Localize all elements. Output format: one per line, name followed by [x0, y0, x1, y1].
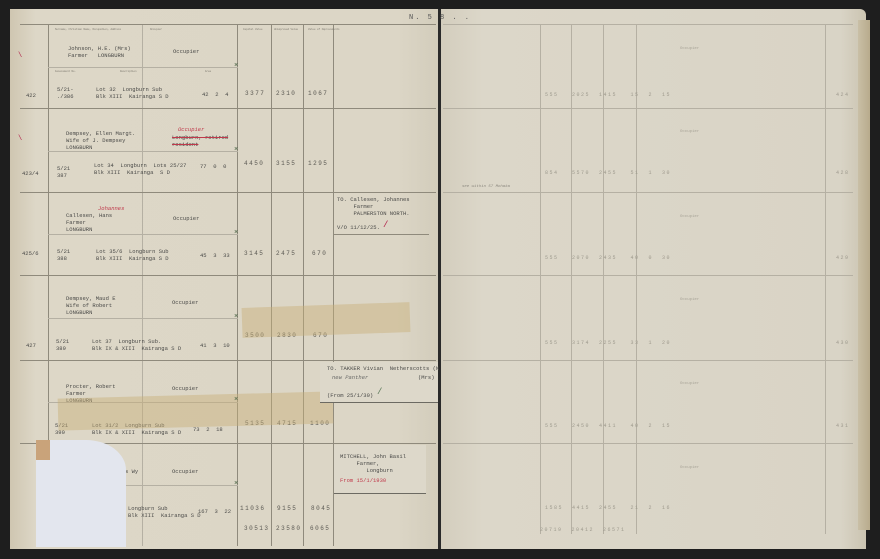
entry-description: Lot 32 Longburn Sub Blk XIII Kairanga S … — [96, 86, 169, 100]
grid-line — [48, 318, 238, 319]
ledger-right-page — [440, 9, 866, 549]
facing-values: 555 2025 1415 15 2 15 — [545, 92, 671, 98]
entry-assessment: 5/21 387 — [57, 165, 70, 179]
transfer-handwritten: new Panther — [332, 374, 368, 381]
transfer-date: V/O 11/12/25. — [337, 224, 380, 231]
transfer-date: From 15/1/1930 — [340, 477, 386, 484]
entry-assessment: 5/21 389 — [56, 338, 69, 352]
facing-ref: 431 — [836, 423, 850, 429]
grid-line — [48, 67, 238, 68]
grid-line — [303, 24, 304, 546]
grid-line — [443, 24, 853, 25]
facing-occupier: Occupier — [680, 215, 699, 219]
grid-line — [443, 192, 853, 193]
facing-ref: 428 — [836, 170, 850, 176]
entry-owner: Callesen, Hans Farmer LONGBURN — [66, 212, 112, 233]
facing-ref: 430 — [836, 340, 850, 346]
total-unimproved: 23580 — [276, 525, 302, 532]
grid-line — [443, 443, 853, 444]
column-header-unimproved: Unimproved Value — [274, 28, 298, 31]
facing-occupier: Occupier — [680, 130, 699, 134]
entry-unimproved: 2310 — [276, 90, 296, 97]
facing-occupier: Occupier — [680, 466, 699, 470]
facing-occupier: Occupier — [680, 47, 699, 51]
checkmark-icon: / — [383, 220, 388, 230]
book-gutter — [438, 9, 441, 549]
entry-ref: 425/6 — [22, 250, 39, 257]
grid-line — [636, 24, 637, 534]
entry-description: Lot 35/6 Longburn Sub Blk XIII Kairanga … — [96, 248, 169, 262]
entry-occupier: Occupier — [172, 468, 198, 475]
entry-improvements: 1295 — [308, 160, 328, 167]
grid-line — [20, 360, 436, 361]
grid-line — [603, 24, 604, 534]
grid-line — [20, 108, 436, 109]
transfer-note: TO. TAKKER Vivian Netherscotts (N — [327, 365, 439, 372]
column-header-improvements: Value of Improvements — [308, 28, 340, 31]
column-header-assessment: Assessment No. — [55, 70, 76, 73]
column-header-occupier: Occupier — [150, 28, 162, 31]
page-edges — [858, 20, 870, 530]
grid-line — [443, 360, 853, 361]
entry-description: Lot 37 Longburn Sub. Blk IX & XIII Kaira… — [92, 338, 181, 352]
entry-description: Lot 34 Longburn Lots 25/27 Blk XIII Kair… — [94, 162, 186, 176]
red-mark-icon: \ — [18, 135, 22, 143]
facing-values: 854 5570 2455 51 1 30 — [545, 170, 671, 176]
transfer-aside: (Mrs) — [418, 374, 435, 381]
entry-unimproved: 3155 — [276, 160, 296, 167]
grid-line — [20, 192, 436, 193]
facing-values: 555 2070 2435 40 0 30 — [545, 255, 671, 261]
column-header-name: Surname, Christian Name, Occupation, Add… — [55, 28, 121, 31]
grid-line — [825, 24, 826, 534]
tape-strip — [242, 302, 411, 338]
entry-capital: 3377 — [245, 90, 265, 97]
grid-line — [333, 234, 429, 235]
grid-line — [20, 275, 436, 276]
entry-capital: 3145 — [244, 250, 264, 257]
cross-mark-icon: × — [234, 480, 238, 488]
checkmark-icon: / — [377, 387, 382, 397]
column-header-description: Description — [120, 70, 137, 73]
grid-line — [540, 24, 541, 534]
entry-occupier: Occupier — [172, 299, 198, 306]
entry-unimproved: 2475 — [276, 250, 296, 257]
entry-capital: 4450 — [244, 160, 264, 167]
occupier-correction: Occupier — [178, 126, 204, 133]
entry-owner: Johnson, H.E. (Mrs) Farmer LONGBURN — [68, 45, 131, 59]
transfer-date: (From 25/1/30) — [327, 392, 373, 399]
grid-line — [48, 234, 238, 235]
occupier-struck: Longburn, retired resident — [172, 134, 228, 148]
facing-values: 1585 4415 2455 21 2 16 — [545, 505, 671, 511]
entry-assessment: 5/21 388 — [57, 248, 70, 262]
facing-occupier: Occupier — [680, 298, 699, 302]
facing-ref: 429 — [836, 255, 850, 261]
page-reference: N. 5 8 . . — [409, 14, 471, 22]
cross-mark-icon: × — [234, 146, 238, 154]
torn-edge — [36, 440, 50, 460]
grid-line — [48, 151, 238, 152]
facing-values: 555 3174 2255 33 1 20 — [545, 340, 671, 346]
total-improvements: 6065 — [310, 525, 330, 532]
entry-ref: 427 — [26, 342, 36, 349]
entry-ref: 423/4 — [22, 170, 39, 177]
entry-capital: 11036 — [240, 505, 266, 512]
cross-mark-icon: × — [234, 62, 238, 70]
facing-occupier: Occupier — [680, 382, 699, 386]
entry-occupier: Occupier — [173, 215, 199, 222]
entry-ref: 422 — [26, 92, 36, 99]
facing-ref: 424 — [836, 92, 850, 98]
grid-line — [443, 108, 853, 109]
entry-occupier: Occupier — [173, 48, 199, 55]
cross-mark-icon: × — [234, 229, 238, 237]
entry-unimproved: 9155 — [277, 505, 297, 512]
facing-values: 555 2450 4411 40 2 15 — [545, 423, 671, 429]
entry-owner: Dempsey, Ellen Margt. Wife of J. Dempsey… — [66, 130, 135, 151]
transfer-note: MITCHELL, John Basil Farmer, Longburn — [340, 453, 406, 474]
cross-mark-icon: × — [234, 396, 238, 404]
transfer-note: TO. Callesen, Johannes Farmer PALMERSTON… — [337, 196, 410, 217]
entry-area: 42 2 4 — [202, 91, 228, 98]
cross-mark-icon: × — [234, 313, 238, 321]
entry-assessment: 5/21- ./386 — [57, 86, 74, 100]
entry-area: 41 3 10 — [200, 342, 230, 349]
grid-line — [20, 24, 436, 25]
facing-totals: 20719 20412 26571 — [540, 527, 626, 533]
grid-line — [443, 275, 853, 276]
red-mark-icon: \ — [18, 52, 22, 60]
grid-line — [142, 24, 143, 546]
grid-line — [571, 24, 572, 534]
entry-area: 73 2 18 — [193, 426, 223, 433]
grid-line — [237, 24, 238, 546]
entry-improvements: 670 — [312, 250, 327, 257]
grid-line — [271, 24, 272, 546]
entry-area: 45 3 33 — [200, 252, 230, 259]
column-header-capital: Capital Value — [243, 28, 263, 31]
entry-area: 167 3 22 — [198, 508, 231, 515]
entry-improvements: 1067 — [308, 90, 328, 97]
owner-correction: Johannes — [98, 205, 124, 212]
entry-description: Longburn Sub Blk XIII Kairanga S D — [128, 505, 201, 519]
entry-owner: Dempsey, Maud E Wife of Robert LONGBURN — [66, 295, 116, 316]
entry-area: 77 0 0 — [200, 163, 226, 170]
entry-occupier: Occupier — [172, 385, 198, 392]
column-header-area: Area — [205, 70, 211, 73]
facing-margin-note: see within 57 Mohaka — [462, 185, 510, 189]
entry-improvements: 8045 — [311, 505, 331, 512]
total-capital: 30513 — [244, 525, 270, 532]
